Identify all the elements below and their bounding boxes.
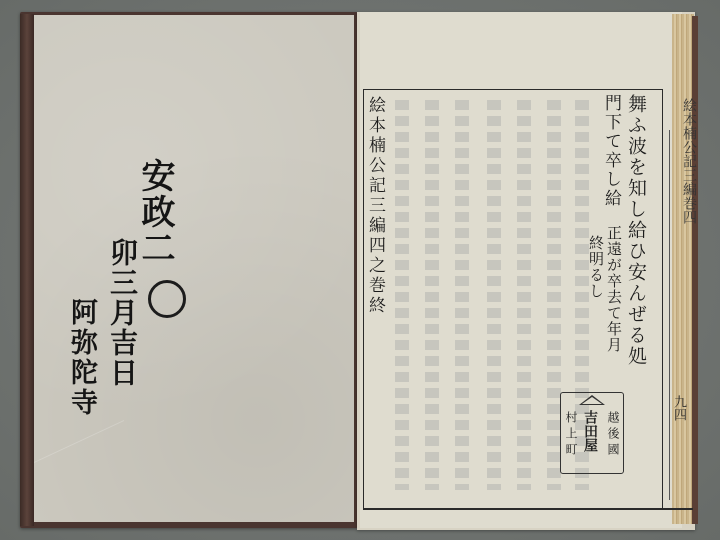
paper-crease — [34, 420, 124, 533]
inscription-date: 卯三月吉日 — [108, 238, 136, 388]
left-cover-spine — [20, 14, 34, 526]
seal-shop-name: 吉田屋 — [583, 410, 597, 452]
page-fore-edge — [672, 14, 694, 524]
inscription-owner: 阿弥陀寺 — [68, 298, 95, 418]
seal-roof-mark — [579, 395, 605, 405]
text-column: 終明るし — [588, 235, 603, 299]
text-column: 門下て卒し給 — [602, 94, 619, 208]
seal-province: 越後國 — [607, 411, 619, 459]
margin-rule — [669, 130, 670, 500]
back-cover-edge — [692, 16, 698, 524]
bottom-rule — [363, 508, 693, 510]
volume-end-title: 絵本楠公記三編四之巻終 — [366, 96, 383, 316]
page-number: 九四 — [672, 395, 685, 421]
inscription-circle-mark — [148, 280, 186, 318]
inscription-era: 安政二 — [138, 158, 172, 266]
text-column: 舞ふ波を知し給ひ安んぜる処 — [626, 94, 645, 367]
text-column: 正遠が卒去て年月 — [606, 225, 621, 353]
seal-town: 村上町 — [565, 411, 577, 459]
left-endpaper — [34, 15, 354, 522]
margin-title: 絵本楠公記三編巻四 — [682, 98, 696, 224]
publisher-seal-stamp: 越後國 吉田屋 村上町 — [560, 392, 624, 474]
